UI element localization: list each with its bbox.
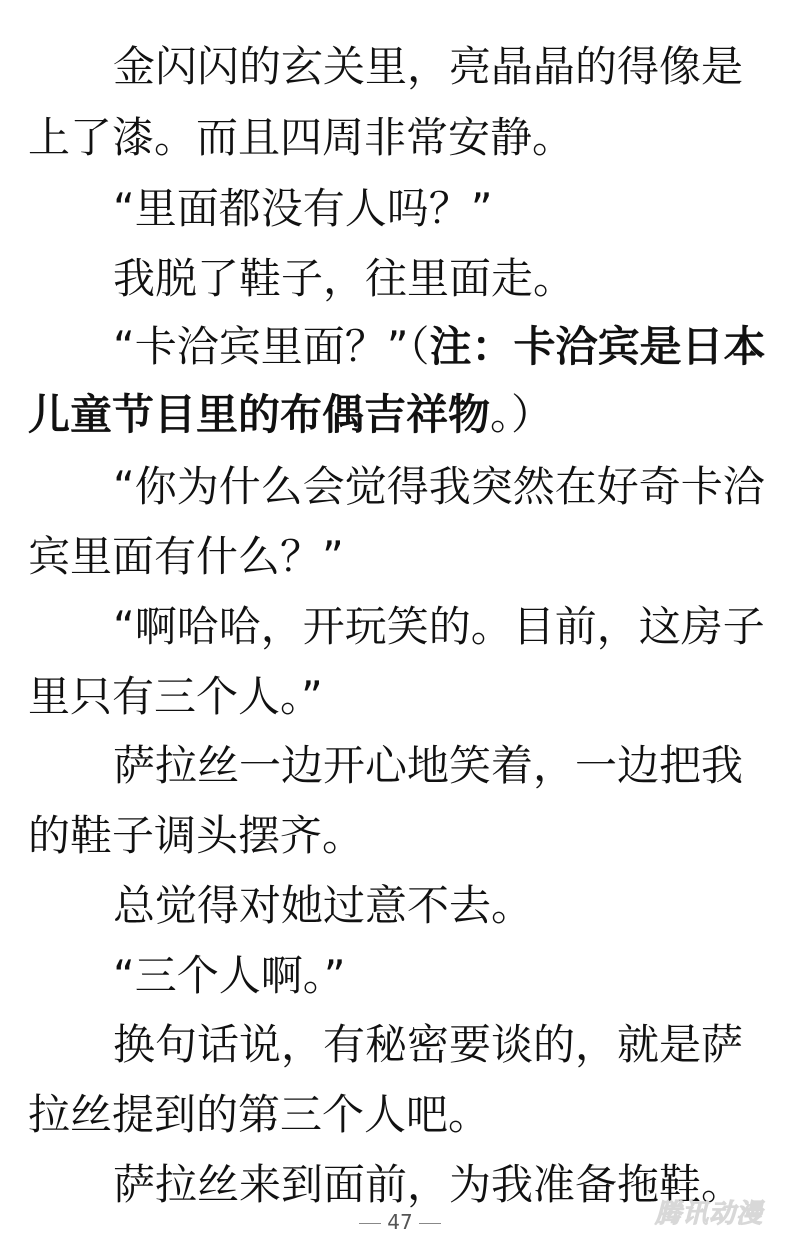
watermark-logo: 腾讯动漫 (655, 1193, 763, 1230)
book-page: 金闪闪的玄关里，亮晶晶的得像是 上了漆。而且四周非常安静。 “里面都没有人吗？”… (0, 0, 800, 1245)
page-number: 47 (387, 1210, 412, 1234)
note-close: 。） (490, 390, 553, 439)
text-line: 的鞋子调头摆齐。 (28, 801, 780, 871)
text-line: “你为什么会觉得我突然在好奇卡洽 (113, 452, 780, 522)
text-line: 我脱了鞋子，往里面走。 (113, 244, 780, 314)
text-line: “三个人啊。” (113, 941, 780, 1011)
text-line: 金闪闪的玄关里，亮晶晶的得像是 (113, 32, 780, 102)
footer-dash-right (419, 1223, 441, 1224)
text-line: 萨拉丝一边开心地笑着，一边把我 (113, 731, 780, 801)
translator-note-cont: 儿童节目里的布偶吉祥物 (28, 390, 490, 439)
text-line: 宾里面有什么？” (28, 522, 780, 592)
dialogue-text: “卡洽宾里面？”（ (113, 322, 430, 371)
translator-note: 注：卡洽宾是日本 (430, 322, 766, 371)
text-line: “啊哈哈，开玩笑的。目前，这房子 (113, 592, 780, 662)
text-line: “里面都没有人吗？” (113, 174, 780, 244)
text-line: 上了漆。而且四周非常安静。 (28, 103, 780, 173)
text-line: 儿童节目里的布偶吉祥物。） (28, 380, 780, 450)
text-line: 拉丝提到的第三个人吧。 (28, 1080, 780, 1150)
text-line: 里只有三个人。” (28, 662, 780, 732)
footer-dash-left (359, 1223, 381, 1224)
text-line: 换句话说，有秘密要谈的，就是萨 (113, 1010, 780, 1080)
text-line: “卡洽宾里面？”（注：卡洽宾是日本 (113, 312, 780, 382)
text-line: 总觉得对她过意不去。 (113, 871, 780, 941)
